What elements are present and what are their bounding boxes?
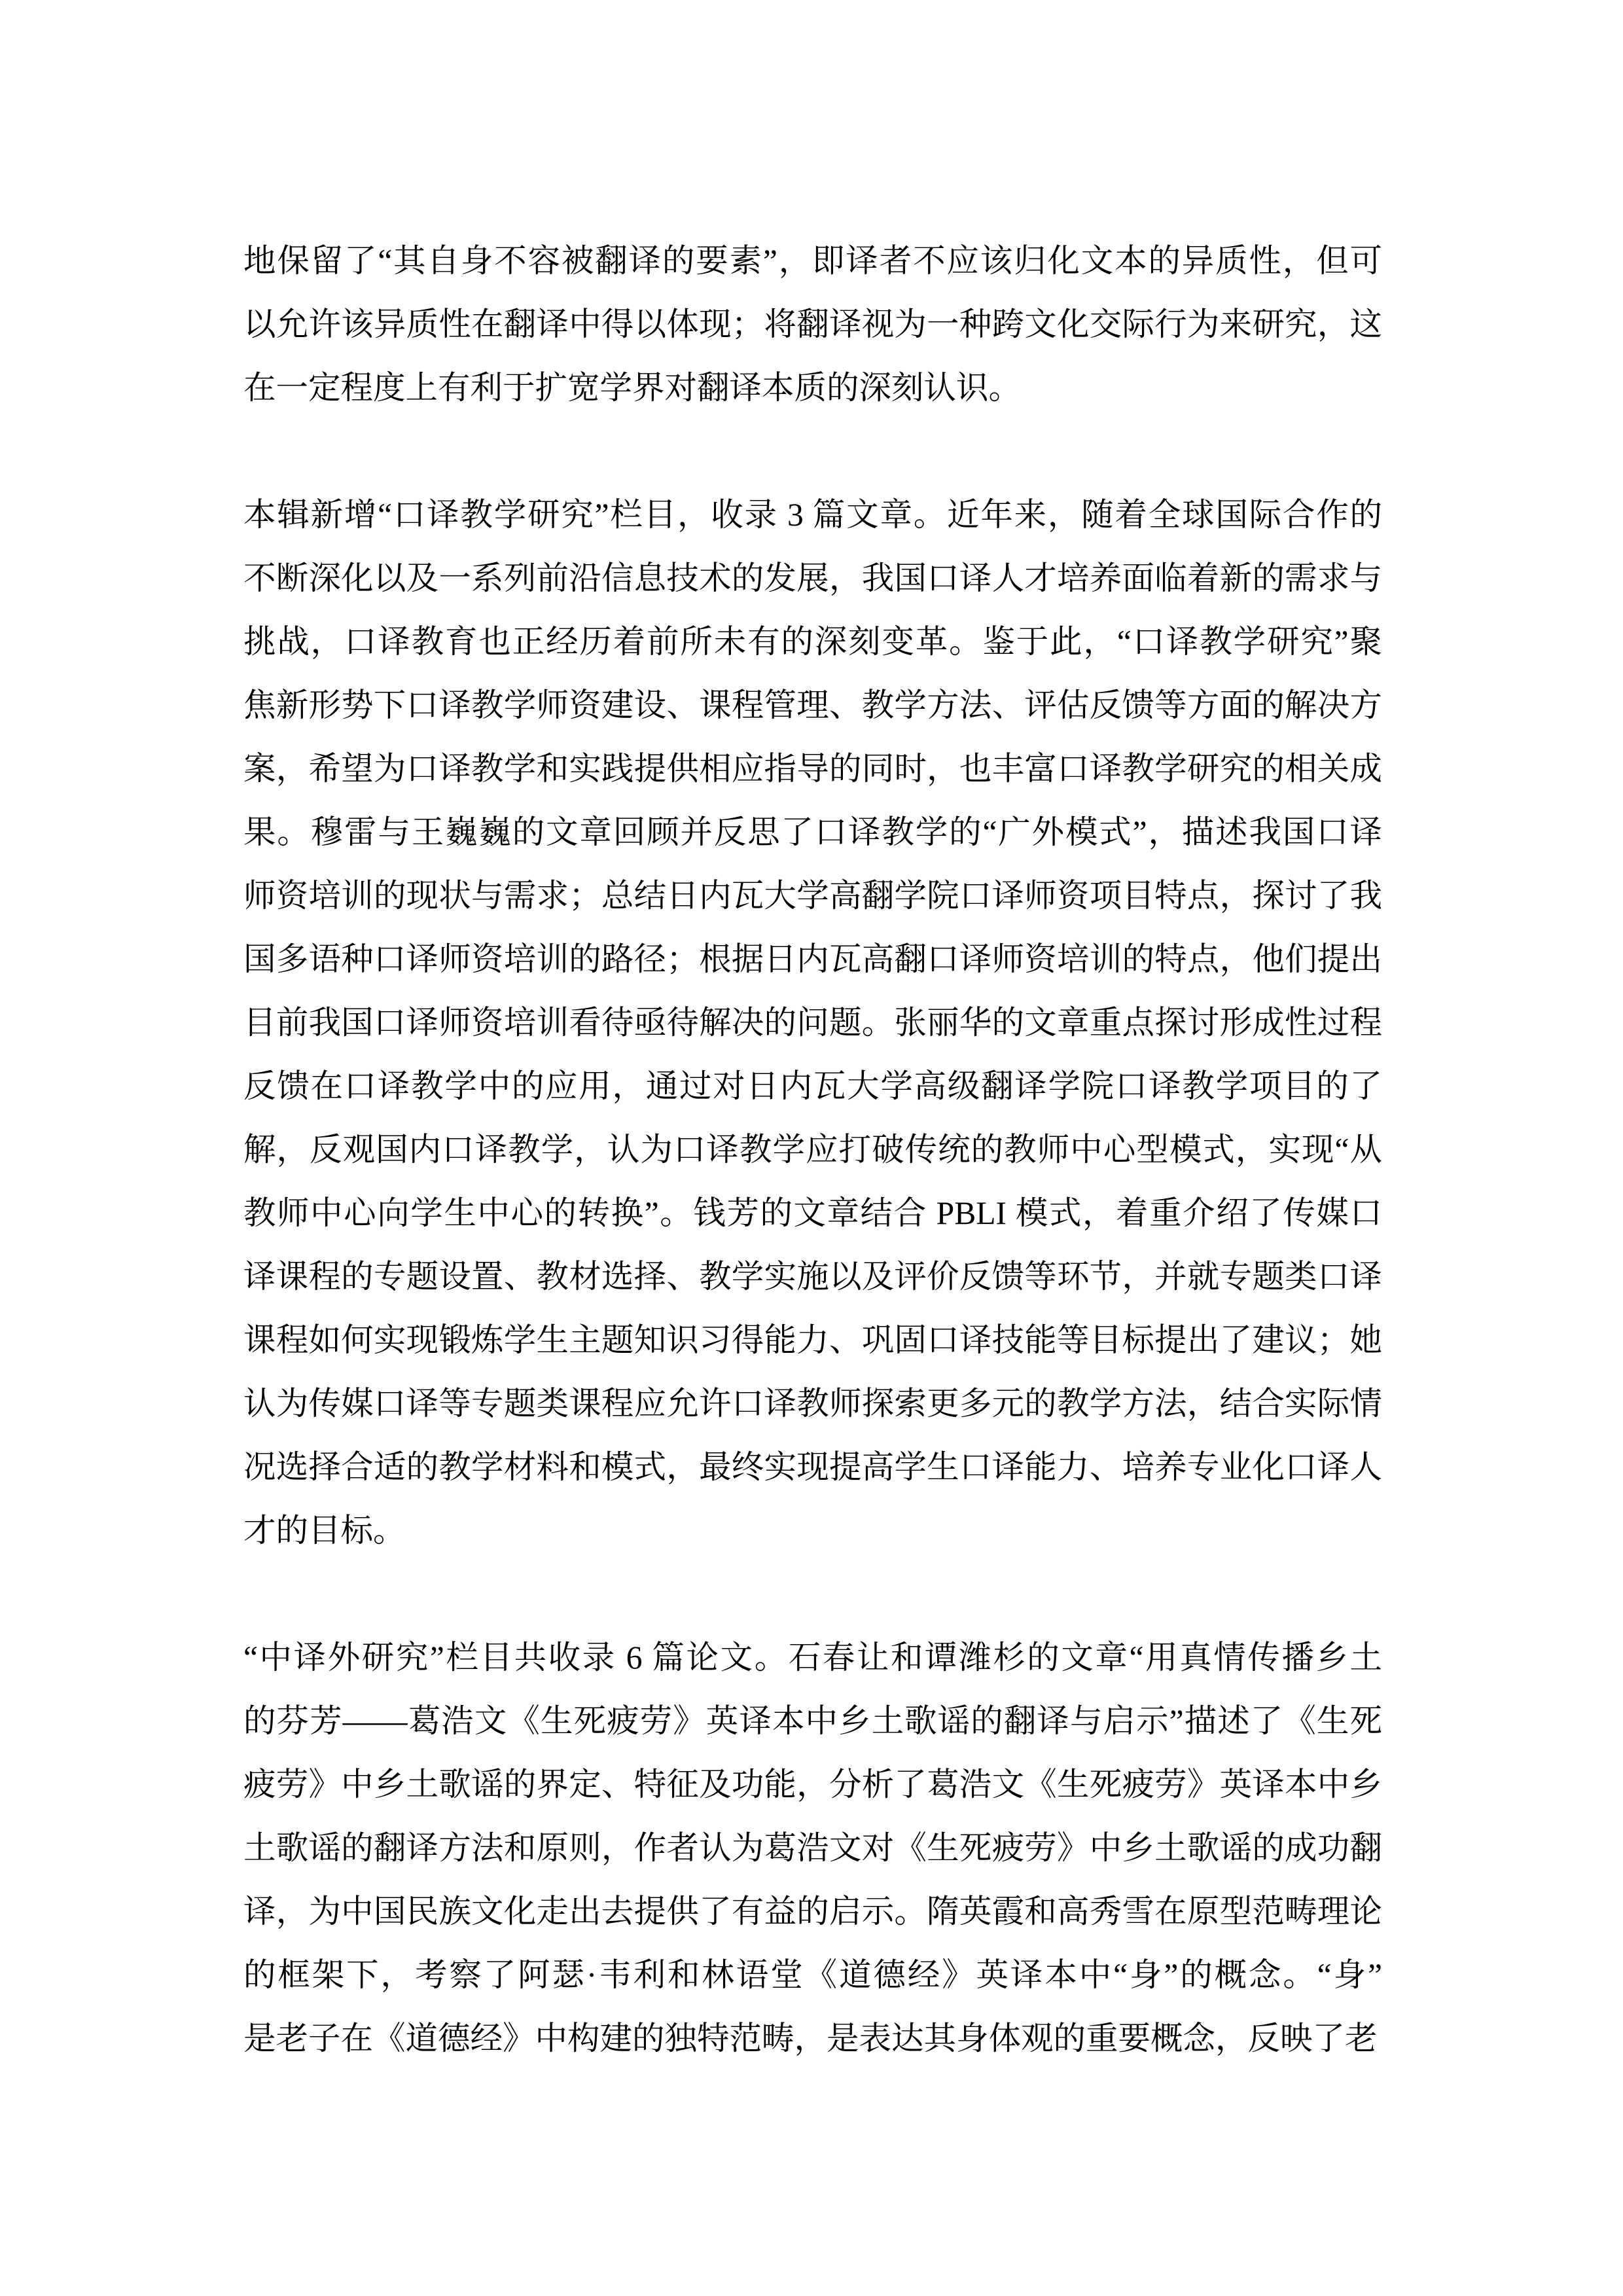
paragraph: 本辑新增“口译教学研究”栏目，收录 3 篇文章。近年来，随着全球国际合作的不断深… — [243, 483, 1382, 1562]
text-line: 土歌谣的翻译方法和原则，作者认为葛浩文对《生死疲劳》中乡土歌谣的成功翻 — [243, 1816, 1382, 1880]
text-line: 果。穆雷与王巍巍的文章回顾并反思了口译教学的“广外模式”，描述我国口译 — [243, 800, 1382, 864]
text-line: 译课程的专题设置、教材选择、教学实施以及评价反馈等环节，并就专题类口译 — [243, 1245, 1382, 1308]
text-line: 国多语种口译师资培训的路径；根据日内瓦高翻口译师资培训的特点，他们提出 — [243, 927, 1382, 991]
paragraph: “中译外研究”栏目共收录 6 篇论文。石春让和谭潍杉的文章“用真情传播乡土的芬芳… — [243, 1626, 1382, 2070]
text-line: 焦新形势下口译教学师资建设、课程管理、教学方法、评估反馈等方面的解决方 — [243, 673, 1382, 737]
document-page: 地保留了“其自身不容被翻译的要素”，即译者不应该归化文本的异质性，但可以允许该异… — [243, 229, 1382, 2070]
text-line: 案，希望为口译教学和实践提供相应指导的同时，也丰富口译教学研究的相关成 — [243, 737, 1382, 800]
text-line: 解，反观国内口译教学，认为口译教学应打破传统的教师中心型模式，实现“从 — [243, 1118, 1382, 1181]
text-line: 地保留了“其自身不容被翻译的要素”，即译者不应该归化文本的异质性，但可 — [243, 229, 1382, 293]
text-line: 是老子在《道德经》中构建的独特范畴，是表达其身体观的重要概念，反映了老 — [243, 2007, 1382, 2070]
text-line: 以允许该异质性在翻译中得以体现；将翻译视为一种跨文化交际行为来研究，这 — [243, 293, 1382, 356]
text-line: 挑战，口译教育也正经历着前所未有的深刻变革。鉴于此，“口译教学研究”聚 — [243, 610, 1382, 673]
document-canvas: { "page": { "background_color": "#ffffff… — [0, 0, 1623, 2296]
text-line: 疲劳》中乡土歌谣的界定、特征及功能，分析了葛浩文《生死疲劳》英译本中乡 — [243, 1753, 1382, 1816]
text-line: “中译外研究”栏目共收录 6 篇论文。石春让和谭潍杉的文章“用真情传播乡土 — [243, 1626, 1382, 1689]
text-line: 的框架下，考察了阿瑟·韦利和林语堂《道德经》英译本中“身”的概念。“身” — [243, 1943, 1382, 2007]
text-line: 才的目标。 — [243, 1499, 1382, 1562]
paragraph: 地保留了“其自身不容被翻译的要素”，即译者不应该归化文本的异质性，但可以允许该异… — [243, 229, 1382, 420]
document-body: 地保留了“其自身不容被翻译的要素”，即译者不应该归化文本的异质性，但可以允许该异… — [243, 229, 1382, 2070]
text-line: 反馈在口译教学中的应用，通过对日内瓦大学高级翻译学院口译教学项目的了 — [243, 1054, 1382, 1118]
text-line: 的芬芳——葛浩文《生死疲劳》英译本中乡土歌谣的翻译与启示”描述了《生死 — [243, 1689, 1382, 1753]
text-line: 本辑新增“口译教学研究”栏目，收录 3 篇文章。近年来，随着全球国际合作的 — [243, 483, 1382, 547]
text-line: 译，为中国民族文化走出去提供了有益的启示。隋英霞和高秀雪在原型范畴理论 — [243, 1880, 1382, 1943]
text-line: 认为传媒口译等专题类课程应允许口译教师探索更多元的教学方法，结合实际情 — [243, 1372, 1382, 1435]
text-line: 不断深化以及一系列前沿信息技术的发展，我国口译人才培养面临着新的需求与 — [243, 547, 1382, 610]
text-line: 课程如何实现锻炼学生主题知识习得能力、巩固口译技能等目标提出了建议；她 — [243, 1308, 1382, 1372]
text-line: 师资培训的现状与需求；总结日内瓦大学高翻学院口译师资项目特点，探讨了我 — [243, 864, 1382, 927]
text-line: 目前我国口译师资培训看待亟待解决的问题。张丽华的文章重点探讨形成性过程 — [243, 991, 1382, 1054]
text-line: 在一定程度上有利于扩宽学界对翻译本质的深刻认识。 — [243, 356, 1382, 420]
text-line: 况选择合适的教学材料和模式，最终实现提高学生口译能力、培养专业化口译人 — [243, 1435, 1382, 1499]
text-line: 教师中心向学生中心的转换”。钱芳的文章结合 PBLI 模式，着重介绍了传媒口 — [243, 1181, 1382, 1245]
